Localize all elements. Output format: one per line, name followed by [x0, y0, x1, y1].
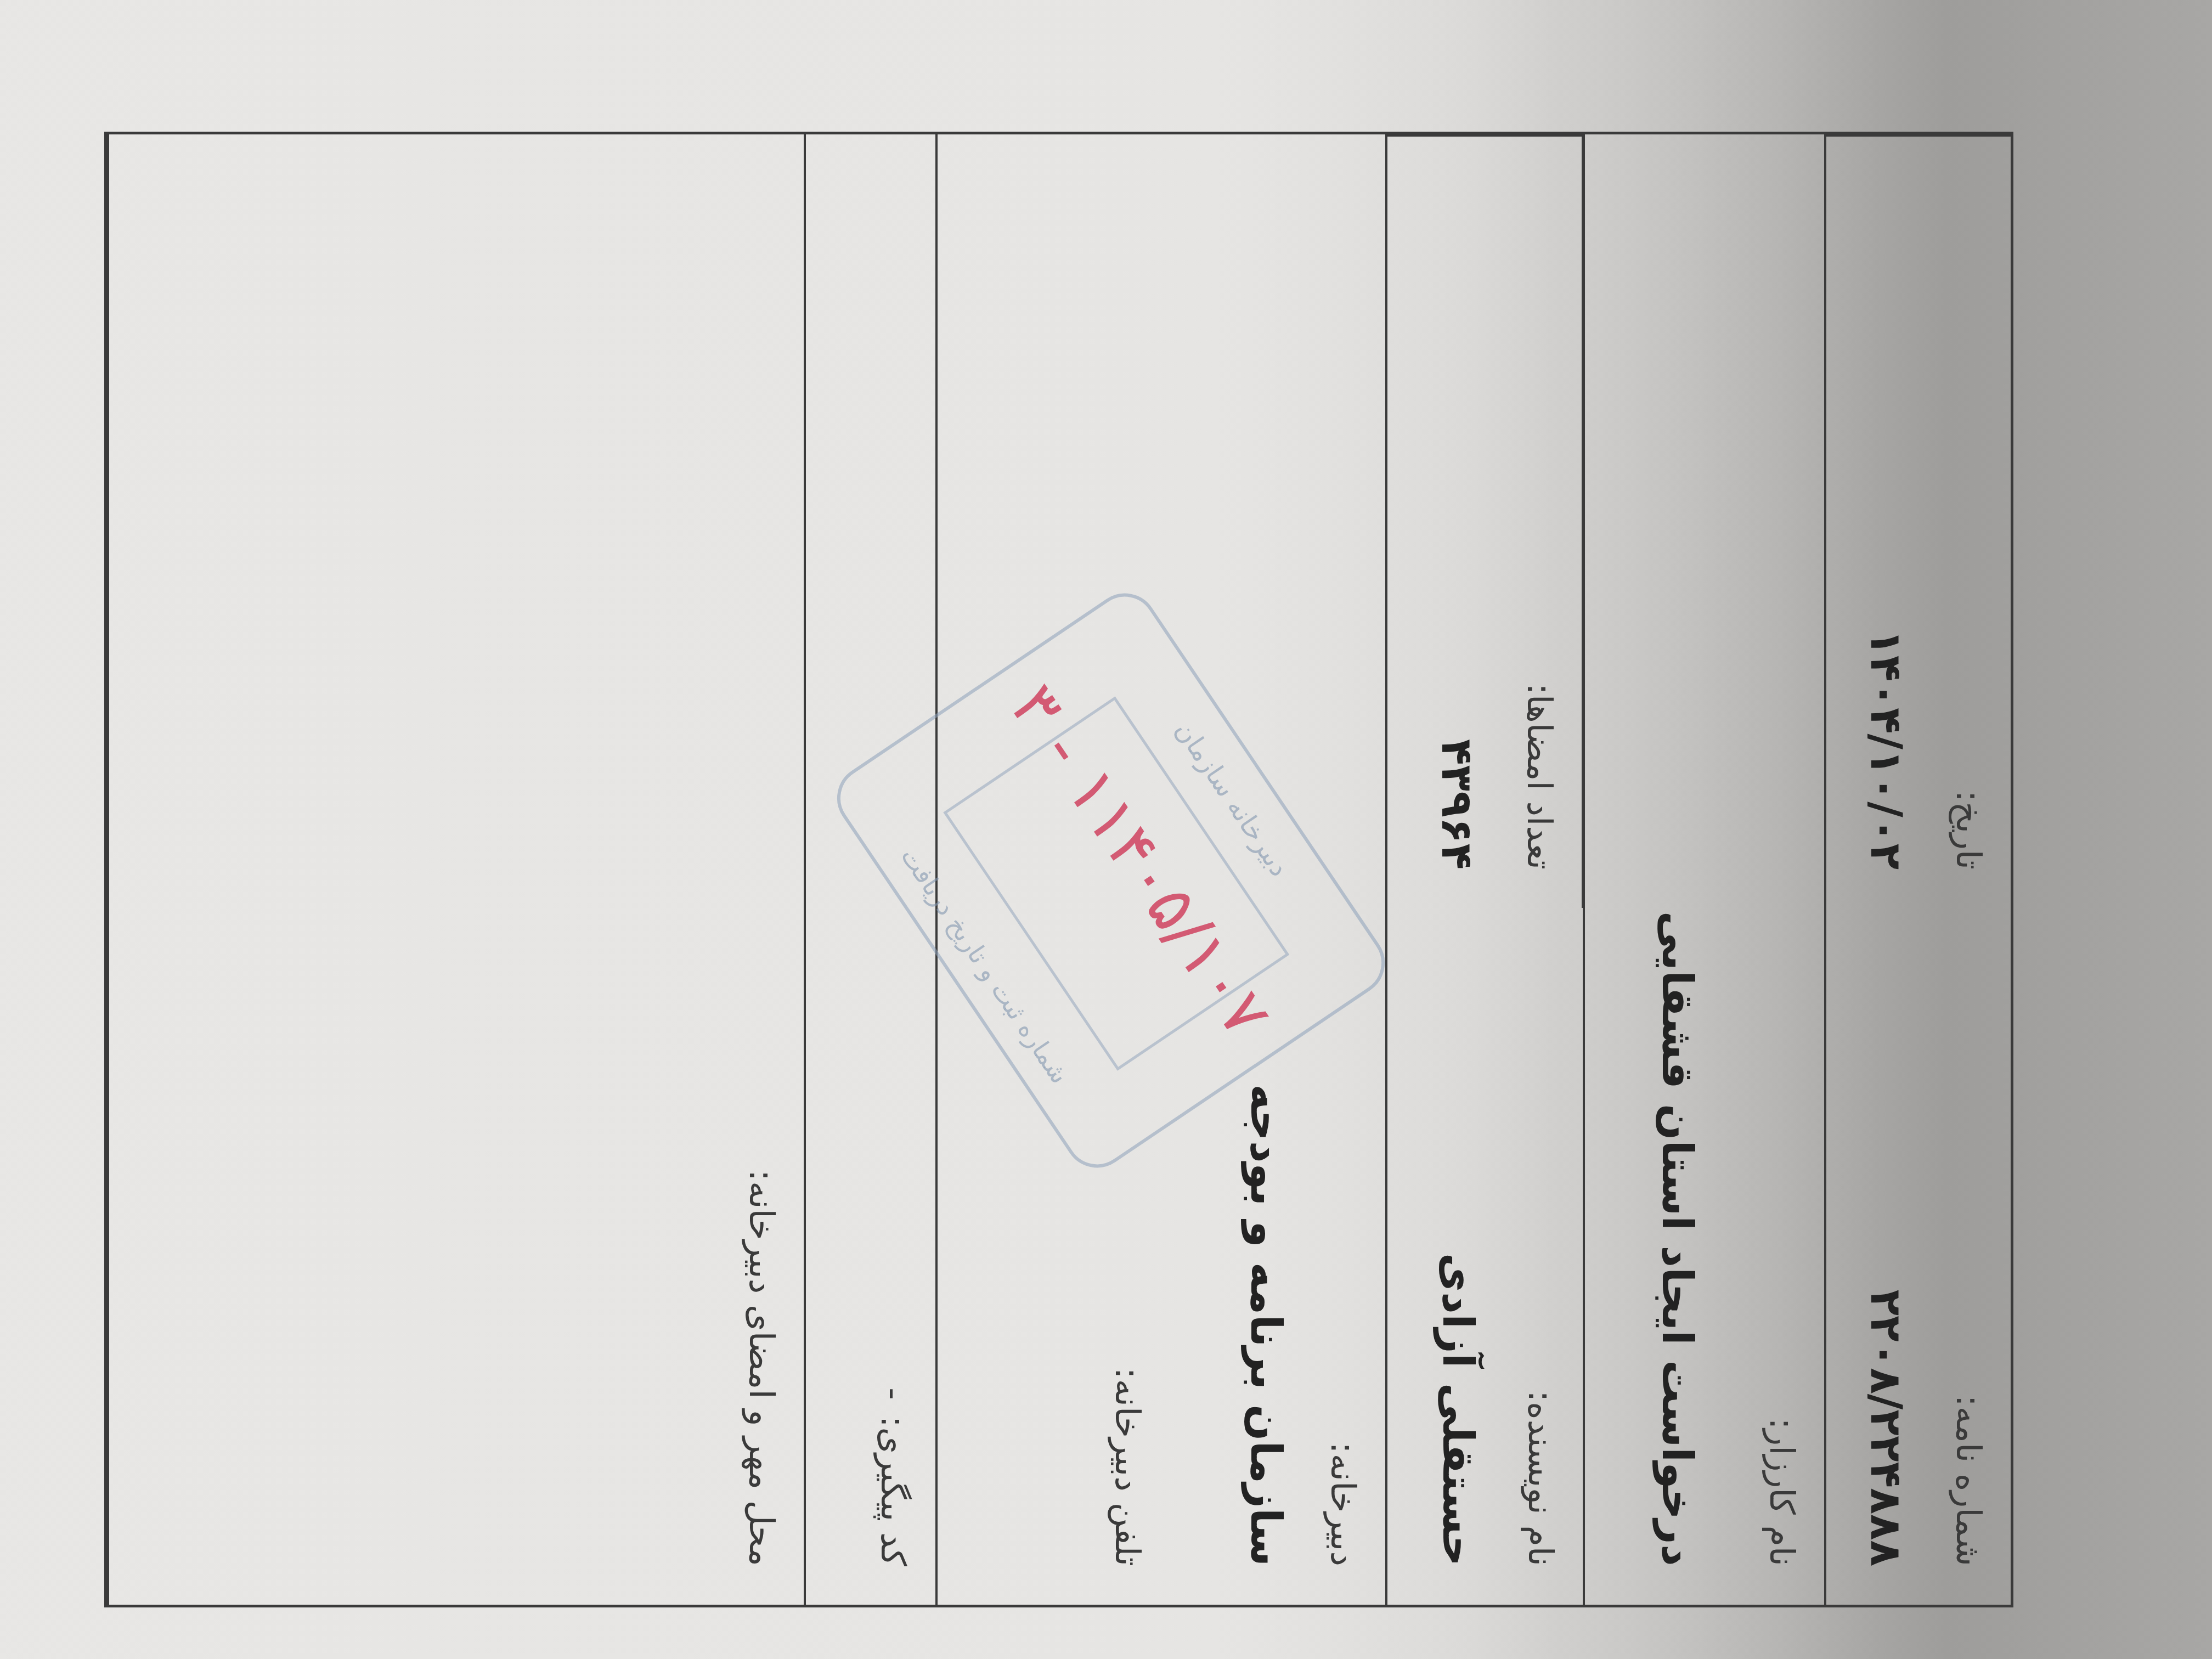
row-campaign: نام کارزار: درخواست ایجاد استان قشقایی	[1583, 134, 1824, 1605]
campaign-name-label: نام کارزار:	[1762, 173, 1802, 1566]
secretariat-label: دبیرخانه:	[1323, 173, 1363, 1566]
date-cell: تاریخ: ۱۴۰۴/۱۰/۰۲	[1826, 134, 2011, 908]
signature-count-value: ۴۳۹۶۴	[1432, 175, 1481, 870]
tracking-code-value: -	[873, 1387, 913, 1400]
author-name-value: حستقلی آزادی	[1433, 946, 1482, 1566]
row-seal-signature: محل مهر و امضای دبیرخانه:	[107, 134, 804, 1605]
signature-count-label: تعداد امضاها:	[1520, 175, 1560, 870]
letter-number-label: شماره نامه:	[1949, 946, 1989, 1566]
date-label: تاریخ:	[1949, 175, 1989, 870]
date-value: ۱۴۰۴/۱۰/۰۲	[1861, 175, 1910, 870]
tracking-code-label: کد پیگیری:	[873, 1416, 913, 1566]
campaign-name-value: درخواست ایجاد استان قشقایی	[1652, 173, 1702, 1566]
letter-number-value: ۲۲۰۸/۲۲۴۸۸۸	[1861, 946, 1910, 1566]
petition-receipt-form: شماره نامه: ۲۲۰۸/۲۲۴۸۸۸ تاریخ: ۱۴۰۴/۱۰/۰…	[104, 132, 2013, 1607]
row-letter-info: شماره نامه: ۲۲۰۸/۲۲۴۸۸۸ تاریخ: ۱۴۰۴/۱۰/۰…	[1824, 134, 2011, 1605]
author-name-label: نام نویسنده:	[1521, 946, 1561, 1566]
letter-number-cell: شماره نامه: ۲۲۰۸/۲۲۴۸۸۸	[1826, 908, 2011, 1605]
row-author: نام نویسنده: حستقلی آزادی تعداد امضاها: …	[1385, 134, 1583, 1605]
author-cell: نام نویسنده: حستقلی آزادی	[1387, 908, 1583, 1605]
campaign-name-cell: نام کارزار: درخواست ایجاد استان قشقایی	[1585, 134, 1824, 1605]
form-page: شماره نامه: ۲۲۰۸/۲۲۴۸۸۸ تاریخ: ۱۴۰۴/۱۰/۰…	[104, 132, 2013, 1607]
seal-signature-cell: محل مهر و امضای دبیرخانه:	[109, 134, 804, 1605]
seal-signature-label: محل مهر و امضای دبیرخانه:	[742, 173, 782, 1566]
signature-count-cell: تعداد امضاها: ۴۳۹۶۴	[1387, 134, 1584, 908]
